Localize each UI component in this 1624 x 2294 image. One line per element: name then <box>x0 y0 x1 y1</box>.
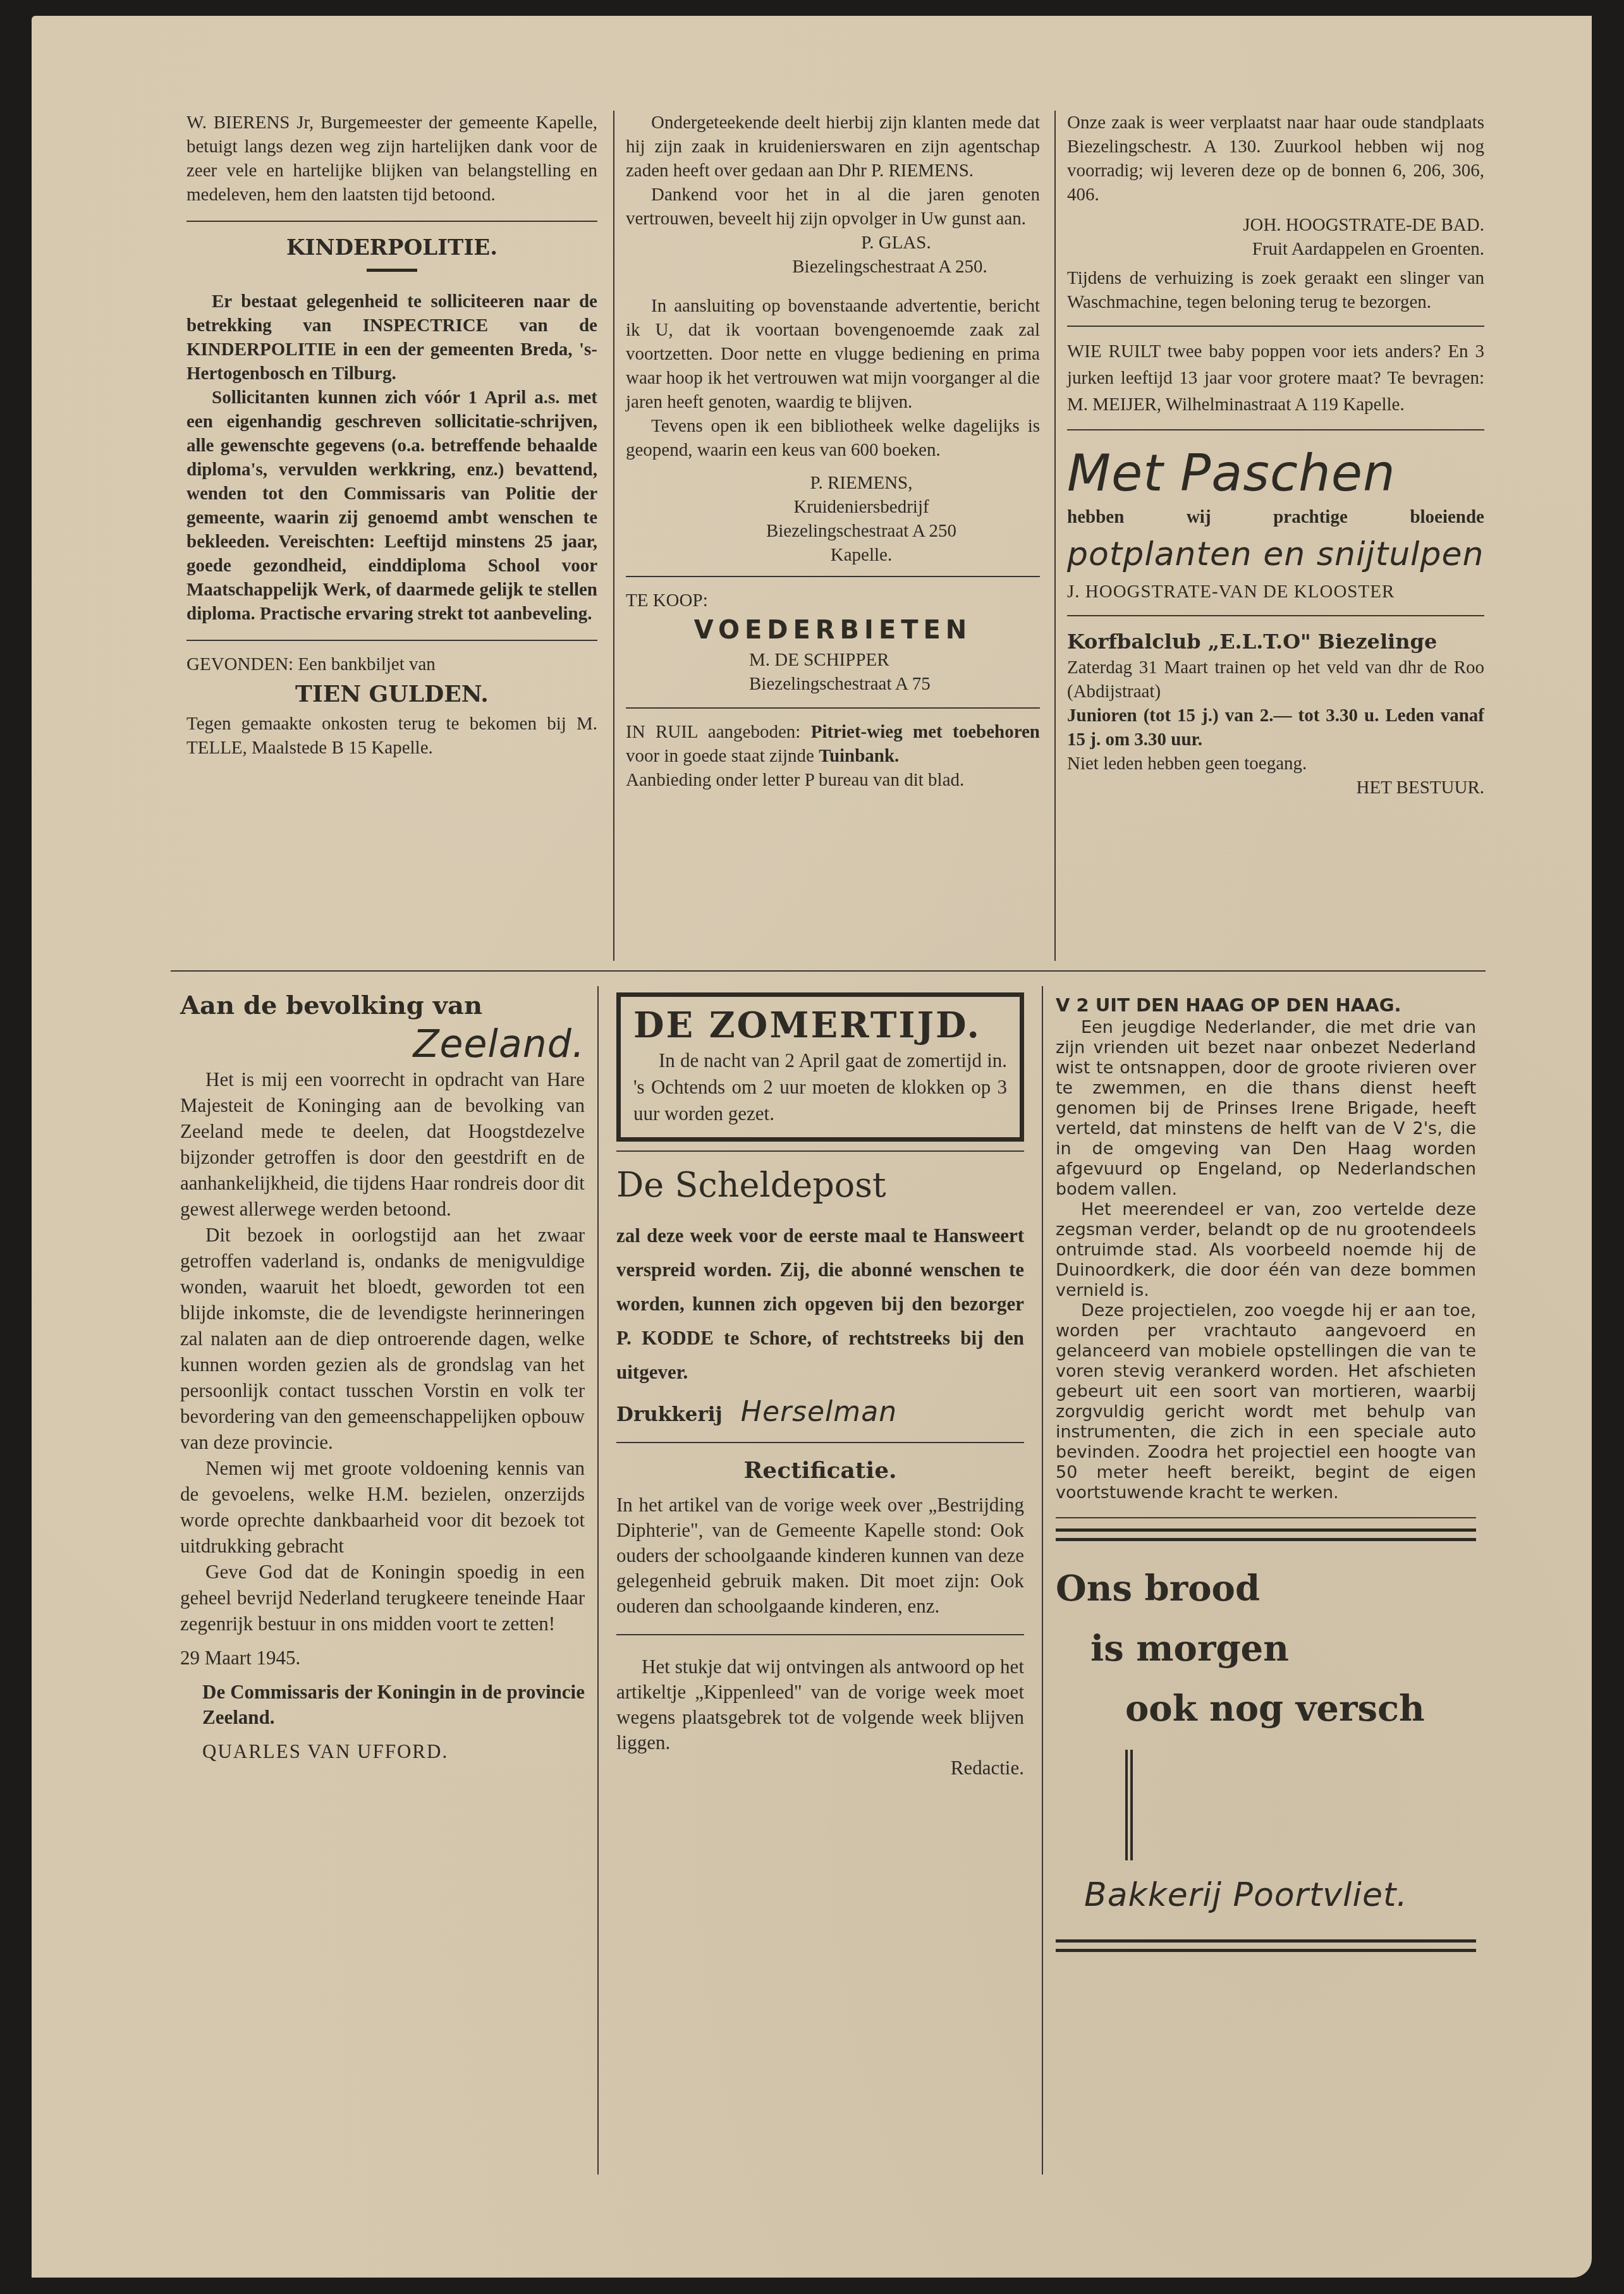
zomertijd-box: DE ZOMERTIJD. In de nacht van 2 April ga… <box>616 992 1024 1142</box>
v2-paragraph: Een jeugdige Nederlander, die met drie v… <box>1056 1018 1476 1200</box>
short-rule <box>367 269 417 272</box>
bottom-middle-column: DE ZOMERTIJD. In de nacht van 2 April ga… <box>616 992 1024 1781</box>
zeeland-signature-title: De Commissaris der Koningin in de provin… <box>180 1680 585 1730</box>
ruil-lead: IN RUIL aangeboden: <box>626 722 800 742</box>
rectificatie-body: In het artikel van de vorige week over „… <box>616 1492 1024 1619</box>
kinderpolitie-title: KINDERPOLITIE. <box>186 233 597 262</box>
ruil-notice: IN RUIL aangeboden: Pitriet-wieg met toe… <box>626 720 1040 768</box>
paschen-shop: J. HOOGSTRATE-VAN DE KLOOSTER <box>1067 580 1484 604</box>
paschen-title: Met Paschen <box>1067 442 1484 505</box>
riemens-signature: Kapelle. <box>683 543 1040 567</box>
glas-address: Biezelingschestraat A 250. <box>626 255 1040 279</box>
glas-signature: P. GLAS. <box>626 231 1040 255</box>
paschen-line: hebben wij prachtige bloeiende <box>1067 505 1484 529</box>
korfbal-signature: HET BESTUUR. <box>1067 776 1484 800</box>
hoogstrate-trade: Fruit Aardappelen en Groenten. <box>1067 237 1484 261</box>
korfbal-paragraph: Zaterdag 31 Maart trainen op het veld va… <box>1067 656 1484 704</box>
bakkerij-name: Bakkerij Poortvliet. <box>1084 1873 1408 1917</box>
paschen-script: potplanten en snijtulpen <box>1067 529 1484 580</box>
te-koop-label: TE KOOP: <box>626 589 1040 613</box>
brood-line-1: Ons brood <box>1056 1566 1260 1611</box>
ruil-offer: Pitriet-wieg met toebehoren <box>811 722 1040 742</box>
scheldepost-body: zal deze week voor de eerste maal te Han… <box>616 1219 1024 1389</box>
zeeland-signature-name: QUARLES VAN UFFORD. <box>180 1739 585 1764</box>
ruil-want: Tuinbank. <box>819 746 899 766</box>
ruilt-notice: WIE RUILT twee baby poppen voor iets and… <box>1067 338 1484 418</box>
double-vertical-rule <box>1125 1750 1128 1860</box>
top-left-column: W. BIERENS Jr, Burgemeester der gemeente… <box>186 111 597 760</box>
brood-line-3: ook nog versch <box>1125 1687 1425 1731</box>
v2-paragraph: Het meerendeel er van, zoo vertelde deze… <box>1056 1200 1476 1301</box>
zeeland-paragraph: Nemen wij met groote voldoening kennis v… <box>180 1455 585 1559</box>
ruil-mid: voor in goede staat zijnde <box>626 746 814 766</box>
riemens-paragraph: Tevens open ik een bibliotheek welke dag… <box>626 414 1040 462</box>
kinderpolitie-paragraph: Er bestaat gelegenheid te solliciteeren … <box>186 290 597 386</box>
kinderpolitie-paragraph: Sollicitanten kunnen zich vóór 1 April a… <box>186 386 597 626</box>
drukkerij-credit: Drukkerij Herselman <box>616 1396 1024 1428</box>
column-divider <box>613 111 614 961</box>
riemens-signature: P. RIEMENS, <box>683 471 1040 495</box>
glas-paragraph: Ondergeteekende deelt hierbij zijn klant… <box>626 111 1040 183</box>
korfbal-paragraph: Niet leden hebben geen toegang. <box>1067 752 1484 776</box>
zomertijd-title: DE ZOMERTIJD. <box>633 1003 1007 1047</box>
gevonden-body: Tegen gemaakte onkosten terug te bekomen… <box>186 712 597 760</box>
verhuizing-notice: Tijdens de verhuizing is zoek geraakt ee… <box>1067 266 1484 314</box>
gevonden-intro: GEVONDEN: Een bankbiljet van <box>186 652 597 676</box>
zomertijd-body: In de nacht van 2 April gaat de zomertij… <box>633 1047 1007 1127</box>
zeeland-heading-script: Zeeland. <box>180 1022 585 1066</box>
drukkerij-label: Drukkerij <box>616 1403 723 1426</box>
zeeland-date: 29 Maart 1945. <box>180 1645 585 1671</box>
v2-title: V 2 UIT DEN HAAG OP DEN HAAG. <box>1056 992 1476 1018</box>
glas-paragraph: Dankend voor het in al die jaren genoten… <box>626 183 1040 231</box>
hoogstrate-paragraph: Onze zaak is weer verplaatst naar haar o… <box>1067 111 1484 207</box>
bottom-left-column: Aan de bevolking van Zeeland. Het is mij… <box>180 989 585 1764</box>
rectificatie-title: Rectificatie. <box>616 1455 1024 1486</box>
ruil-footer: Aanbieding onder letter P bureau van dit… <box>626 768 1040 792</box>
seller-name: M. DE SCHIPPER <box>626 648 1040 672</box>
riemens-signature: Kruideniersbedrijf <box>683 495 1040 519</box>
zeeland-paragraph: Het is mij een voorrecht in opdracht van… <box>180 1066 585 1222</box>
kippenleed-body: Het stukje dat wij ontvingen als antwoor… <box>616 1654 1024 1755</box>
riemens-signature: Biezelingschestraat A 250 <box>683 519 1040 543</box>
voederbieten-title: VOEDERBIETEN <box>626 613 1040 648</box>
gevonden-title: TIEN GULDEN. <box>186 676 597 712</box>
v2-paragraph: Deze projectielen, zoo voegde hij er aan… <box>1056 1301 1476 1503</box>
bakkerij-ad: Ons brood is morgen ook nog versch Bakke… <box>1056 1541 1476 1933</box>
drukkerij-name: Herselman <box>741 1396 897 1428</box>
scheldepost-title: De Scheldepost <box>616 1163 1024 1207</box>
hoogstrate-name: JOH. HOOGSTRATE-DE BAD. <box>1067 213 1484 237</box>
column-divider <box>1042 986 1043 2175</box>
korfbal-times: Junioren (tot 15 j.) van 2.— tot 3.30 u.… <box>1067 704 1484 752</box>
korfbal-title: Korfbalclub „E.L.T.O" Biezelinge <box>1067 628 1484 656</box>
zeeland-paragraph: Dit bezoek in oorlogstijd aan het zwaar … <box>180 1222 585 1455</box>
top-middle-column: Ondergeteekende deelt hierbij zijn klant… <box>626 111 1040 792</box>
bottom-right-column: V 2 UIT DEN HAAG OP DEN HAAG. Een jeugdi… <box>1056 992 1476 1952</box>
top-right-column: Onze zaak is weer verplaatst naar haar o… <box>1067 111 1484 800</box>
brood-line-2: is morgen <box>1090 1626 1289 1671</box>
kippenleed-signature: Redactie. <box>616 1755 1024 1781</box>
section-divider <box>171 970 1486 972</box>
seller-address: Biezelingschestraat A 75 <box>626 672 1040 696</box>
bierens-notice: W. BIERENS Jr, Burgemeester der gemeente… <box>186 111 597 207</box>
double-vertical-rule <box>1130 1750 1133 1860</box>
riemens-paragraph: In aansluiting op bovenstaande advertent… <box>626 294 1040 414</box>
column-divider <box>1054 111 1056 961</box>
column-divider <box>597 986 599 2175</box>
zeeland-paragraph: Geve God dat de Koningin spoedig in een … <box>180 1559 585 1637</box>
zeeland-heading: Aan de bevolking van <box>180 989 585 1022</box>
